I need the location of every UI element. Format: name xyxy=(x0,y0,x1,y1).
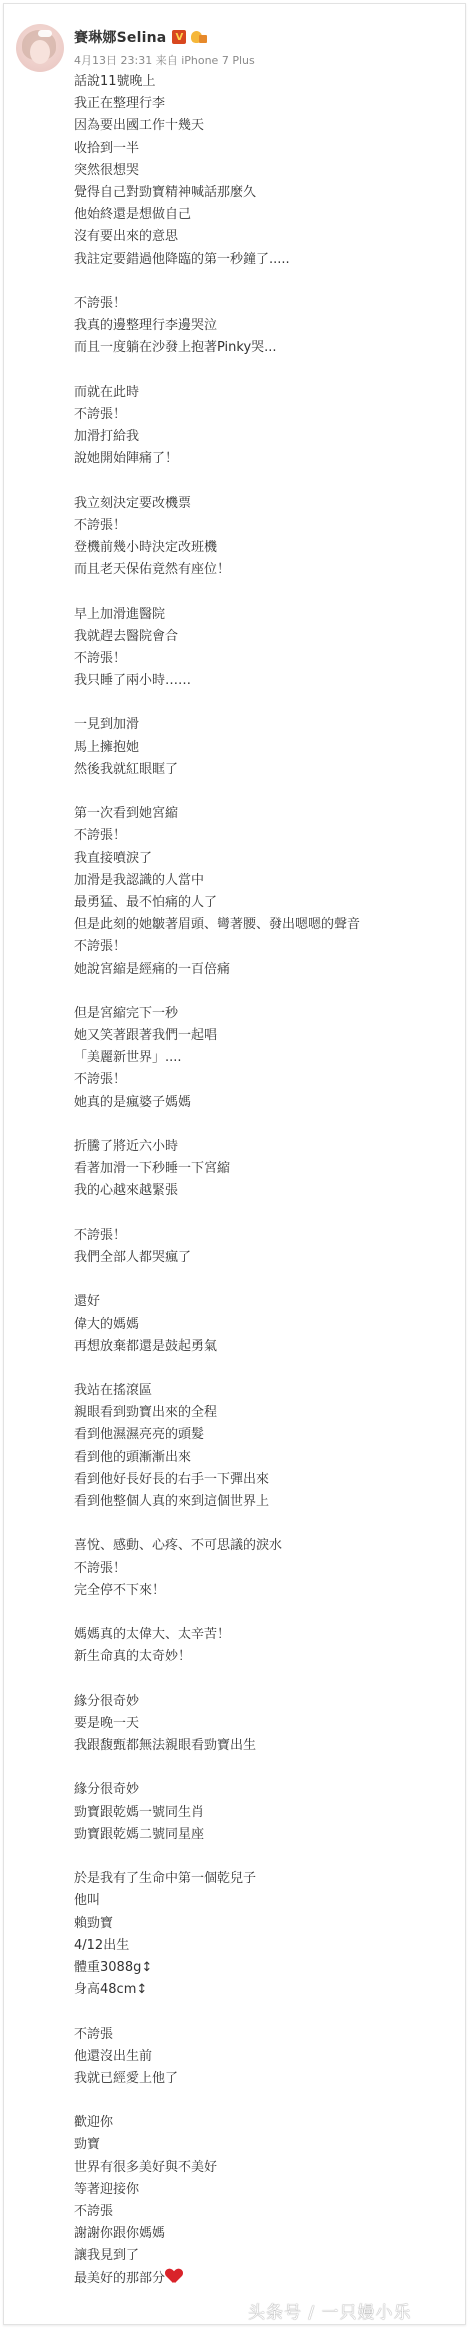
paragraph-spacer xyxy=(74,781,454,803)
post-line: 而且一度躺在沙發上抱著Pinky哭... xyxy=(74,337,454,359)
post-line: 身高48cm↕ xyxy=(74,1979,454,2001)
post-line: 他始終還是想做自己 xyxy=(74,204,454,226)
post-line: 我就已經愛上他了 xyxy=(74,2068,454,2090)
post-line: 偉大的媽媽 xyxy=(74,1314,454,1336)
post-line: 勁寶 xyxy=(74,2134,454,2156)
post-line: 喜悅、感動、心疼、不可思議的淚水 xyxy=(74,1535,454,1557)
post-line: 讓我見到了 xyxy=(74,2245,454,2267)
red-heart-icon xyxy=(166,2269,182,2284)
post-line: 「美麗新世界」.... xyxy=(74,1047,454,1069)
paragraph-spacer xyxy=(74,581,454,603)
post-line: 他還沒出生前 xyxy=(74,2046,454,2068)
vip-crown-icon xyxy=(191,30,208,44)
post-line: 一見到加滑 xyxy=(74,714,454,736)
paragraph-spacer xyxy=(74,1513,454,1535)
paragraph-spacer xyxy=(74,359,454,381)
post-line: 最美好的那部分 xyxy=(74,2268,454,2290)
paragraph-spacer xyxy=(74,1358,454,1380)
post-line: 4/12出生 xyxy=(74,1935,454,1957)
post-line: 勁寶跟乾媽二號同星座 xyxy=(74,1824,454,1846)
weibo-post-card: 賽琳娜Selina V 4月13日 23:31 来自 iPhone 7 Plus… xyxy=(3,3,466,2325)
post-line: 說她開始陣痛了！ xyxy=(74,448,454,470)
post-line: 看到他整個人真的來到這個世界上 xyxy=(74,1491,454,1513)
paragraph-spacer xyxy=(74,1757,454,1779)
post-line: 登機前幾小時決定改班機 xyxy=(74,537,454,559)
paragraph-spacer xyxy=(74,1269,454,1291)
post-line: 不誇張 xyxy=(74,2024,454,2046)
post-line: 沒有要出來的意思 xyxy=(74,226,454,248)
post-line: 加滑是我認識的人當中 xyxy=(74,870,454,892)
post-line: 我們全部人都哭瘋了 xyxy=(74,1247,454,1269)
post-line: 體重3088g↕ xyxy=(74,1957,454,1979)
author-avatar[interactable] xyxy=(16,24,64,72)
post-line: 我就趕去醫院會合 xyxy=(74,626,454,648)
post-line: 等著迎接你 xyxy=(74,2179,454,2201)
post-line: 謝謝你跟你媽媽 xyxy=(74,2223,454,2245)
post-body: 話說11號晚上我正在整理行李因為要出國工作十幾天收拾到一半突然很想哭覺得自己對勁… xyxy=(74,71,454,2290)
post-line: 話說11號晚上 xyxy=(74,71,454,93)
post-source: 来自 iPhone 7 Plus xyxy=(156,54,255,67)
post-line: 我真的邊整理行李邊哭泣 xyxy=(74,315,454,337)
post-line: 新生命真的太奇妙！ xyxy=(74,1646,454,1668)
paragraph-spacer xyxy=(74,1602,454,1624)
post-line: 看著加滑一下秒睡一下宮縮 xyxy=(74,1158,454,1180)
avatar-bow xyxy=(38,30,52,37)
post-line: 緣分很奇妙 xyxy=(74,1779,454,1801)
vip-level-shape xyxy=(199,35,207,43)
post-line: 最勇猛、最不怕痛的人了 xyxy=(74,892,454,914)
post-line: 賴勁寶 xyxy=(74,1913,454,1935)
post-line: 世界有很多美好與不美好 xyxy=(74,2157,454,2179)
post-line: 但是宮縮完下一秒 xyxy=(74,1003,454,1025)
post-line: 再想放棄都還是鼓起勇氣 xyxy=(74,1336,454,1358)
paragraph-spacer xyxy=(74,1203,454,1225)
post-line: 我的心越來越緊張 xyxy=(74,1180,454,1202)
paragraph-spacer xyxy=(74,981,454,1003)
post-line: 她說宮縮是經痛的一百倍痛 xyxy=(74,959,454,981)
post-line: 突然很想哭 xyxy=(74,160,454,182)
post-line: 不誇張！ xyxy=(74,936,454,958)
paragraph-spacer xyxy=(74,1669,454,1691)
author-name[interactable]: 賽琳娜Selina xyxy=(74,27,166,47)
post-line: 而且老天保佑竟然有座位！ xyxy=(74,559,454,581)
post-line: 要是晚一天 xyxy=(74,1713,454,1735)
post-line: 他叫 xyxy=(74,1890,454,1912)
post-line: 看到他好長好長的右手一下彈出來 xyxy=(74,1469,454,1491)
post-line: 我正在整理行李 xyxy=(74,93,454,115)
post-line: 但是此刻的她皺著眉頭、彎著腰、發出嗯嗯的聲音 xyxy=(74,914,454,936)
post-line: 還好 xyxy=(74,1291,454,1313)
post-line: 不誇張！ xyxy=(74,293,454,315)
post-line: 不誇張！ xyxy=(74,1225,454,1247)
post-line: 不誇張！ xyxy=(74,404,454,426)
post-line: 看到他濕濕亮亮的頭髮 xyxy=(74,1424,454,1446)
post-line: 歡迎你 xyxy=(74,2112,454,2134)
paragraph-spacer xyxy=(74,2001,454,2023)
post-line: 折騰了將近六小時 xyxy=(74,1136,454,1158)
post-line: 我站在搖滾區 xyxy=(74,1380,454,1402)
post-line: 媽媽真的太偉大、太辛苦！ xyxy=(74,1624,454,1646)
post-line: 我立刻決定要改機票 xyxy=(74,493,454,515)
post-line: 然後我就紅眼眶了 xyxy=(74,759,454,781)
paragraph-spacer xyxy=(74,470,454,492)
post-line: 我註定要錯過他降臨的第一秒鐘了..... xyxy=(74,249,454,271)
post-line: 我只睡了兩小時…… xyxy=(74,670,454,692)
paragraph-spacer xyxy=(74,1846,454,1868)
post-line: 不誇張 xyxy=(74,2201,454,2223)
post-line: 她真的是瘋婆子媽媽 xyxy=(74,1092,454,1114)
post-line: 於是我有了生命中第一個乾兒子 xyxy=(74,1868,454,1890)
paragraph-spacer xyxy=(74,692,454,714)
post-line: 她又笑著跟著我們一起唱 xyxy=(74,1025,454,1047)
post-line: 馬上擁抱她 xyxy=(74,737,454,759)
post-meta: 4月13日 23:31 来自 iPhone 7 Plus xyxy=(74,52,255,68)
post-line: 收拾到一半 xyxy=(74,138,454,160)
post-line: 早上加滑進醫院 xyxy=(74,604,454,626)
paragraph-spacer xyxy=(74,2090,454,2112)
post-timestamp[interactable]: 4月13日 23:31 xyxy=(74,54,152,67)
post-line: 不誇張！ xyxy=(74,515,454,537)
post-line: 覺得自己對勁寶精神喊話那麼久 xyxy=(74,182,454,204)
post-line: 我跟馥甄都無法親眼看勁寶出生 xyxy=(74,1735,454,1757)
post-line: 勁寶跟乾媽一號同生肖 xyxy=(74,1802,454,1824)
post-line: 親眼看到勁寶出來的全程 xyxy=(74,1402,454,1424)
post-line: 看到他的頭漸漸出來 xyxy=(74,1447,454,1469)
avatar-face xyxy=(30,40,50,64)
post-line: 因為要出國工作十幾天 xyxy=(74,115,454,137)
post-line: 完全停不下來！ xyxy=(74,1580,454,1602)
post-line: 我直接噴淚了 xyxy=(74,848,454,870)
post-line: 不誇張！ xyxy=(74,1558,454,1580)
paragraph-spacer xyxy=(74,1114,454,1136)
verified-badge-icon: V xyxy=(172,30,186,44)
post-header: 賽琳娜Selina V xyxy=(74,26,208,48)
post-line: 不誇張！ xyxy=(74,648,454,670)
post-line: 第一次看到她宮縮 xyxy=(74,803,454,825)
post-line: 不誇張！ xyxy=(74,1069,454,1091)
watermark: 头条号 / 一只嫚小乐 xyxy=(248,2298,412,2323)
post-line: 不誇張！ xyxy=(74,825,454,847)
post-line: 緣分很奇妙 xyxy=(74,1691,454,1713)
post-line: 而就在此時 xyxy=(74,382,454,404)
post-line: 加滑打給我 xyxy=(74,426,454,448)
paragraph-spacer xyxy=(74,271,454,293)
